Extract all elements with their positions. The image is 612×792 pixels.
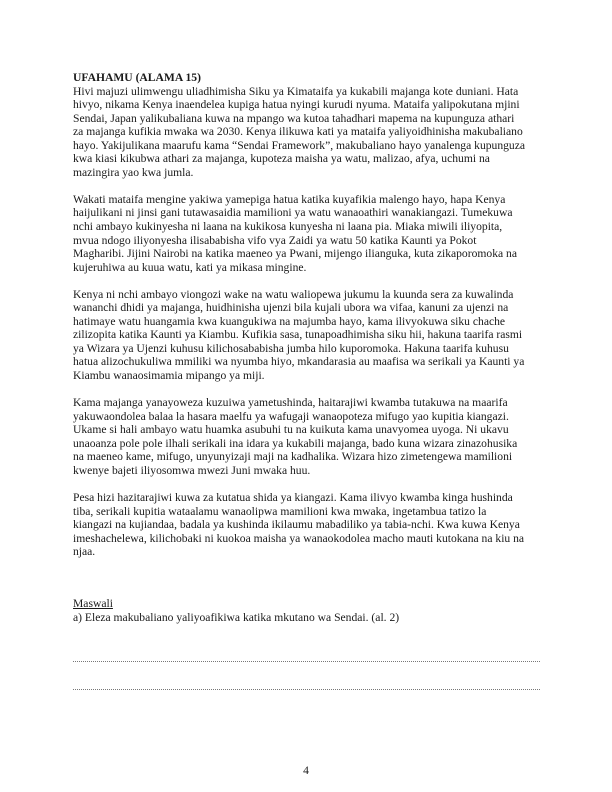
- text-line: njaa.: [73, 545, 543, 559]
- text-line: kwa kiasi kikubwa athari za majanga, kup…: [73, 152, 543, 166]
- text-line: za majanga kufikia mwaka wa 2030. Kenya …: [73, 125, 543, 139]
- text-line: hatua alizochukuliwa mmiliki wa nyumba h…: [73, 355, 543, 369]
- text-line: Ukame si hali ambayo watu huamka asubuhi…: [73, 423, 543, 437]
- text-line: nchi ambayo kukinyesha ni laana na kukik…: [73, 220, 543, 234]
- answer-line-1[interactable]: [73, 661, 540, 662]
- text-line: mvua ndogo iliyonyesha ilisababisha vifo…: [73, 234, 543, 248]
- text-line: na maeneo kame, mifugo, unyunyizaji maji…: [73, 450, 543, 464]
- text-line: zilizopita katika Kaunti ya Kiambu. Kufi…: [73, 328, 543, 342]
- questions-section: Maswali a) Eleza makubaliano yaliyoafiki…: [73, 597, 543, 624]
- paragraph-1: Hivi majuzi ulimwengu uliadhimisha Siku …: [73, 85, 543, 180]
- text-line: imeshachelewa, kilichobaki ni kuokoa mai…: [73, 532, 543, 546]
- text-line: kujeruhiwa au kuua watu, kati ya mikasa …: [73, 261, 543, 275]
- questions-heading: Maswali: [73, 597, 543, 611]
- text-line: yakuwaondolea balaa la hasara maelfu ya …: [73, 410, 543, 424]
- text-line: kiangazi na kujiandaa, badala ya kushind…: [73, 518, 543, 532]
- text-line: Kiambu wanaosimamia mipango ya miji.: [73, 369, 543, 383]
- text-line: wananchi dhidi ya majanga, huidhinisha u…: [73, 301, 543, 315]
- text-line: hivyo, nikama Kenya inaendelea kupiga ha…: [73, 98, 543, 112]
- text-line: ya Wizara ya Ujenzi kuhusu kilichosababi…: [73, 342, 543, 356]
- text-line: haijulikani ni jinsi gani tutawasaidia m…: [73, 206, 543, 220]
- question-a: a) Eleza makubaliano yaliyoafikiwa katik…: [73, 611, 543, 625]
- text-line: Hivi majuzi ulimwengu uliadhimisha Siku …: [73, 85, 543, 99]
- paragraph-4: Kama majanga yanayoweza kuzuiwa yametush…: [73, 396, 543, 477]
- text-line: Kama majanga yanayoweza kuzuiwa yametush…: [73, 396, 543, 410]
- text-line: Wakati mataifa mengine yakiwa yamepiga h…: [73, 193, 543, 207]
- paragraph-3: Kenya ni nchi ambayo viongozi wake na wa…: [73, 288, 543, 383]
- section-title: UFAHAMU (ALAMA 15): [73, 71, 543, 85]
- text-line: unaoanza pole pole ilhali serikali ina i…: [73, 437, 543, 451]
- text-line: kwenye bajeti iliyosomwa mwezi Juni mwak…: [73, 464, 543, 478]
- text-line: Sendai, Japan yalikubaliana kuwa na mpan…: [73, 112, 543, 126]
- text-line: mazingira yao kwa jumla.: [73, 166, 543, 180]
- text-line: tiba, serikali kupitia wataalamu wanaoli…: [73, 505, 543, 519]
- text-line: hayo. Yakijulikana maarufu kama “Sendai …: [73, 139, 543, 153]
- paragraph-5: Pesa hizi hazitarajiwi kuwa za kutatua s…: [73, 491, 543, 559]
- paragraph-2: Wakati mataifa mengine yakiwa yamepiga h…: [73, 193, 543, 274]
- comprehension-passage: UFAHAMU (ALAMA 15) Hivi majuzi ulimwengu…: [73, 71, 543, 572]
- text-line: Magharibi. Jijini Nairobi na katika maen…: [73, 247, 543, 261]
- text-line: Pesa hizi hazitarajiwi kuwa za kutatua s…: [73, 491, 543, 505]
- text-line: hatimaye watu huangamia kwa kuangukiwa n…: [73, 315, 543, 329]
- page-number: 4: [0, 764, 612, 777]
- text-line: Kenya ni nchi ambayo viongozi wake na wa…: [73, 288, 543, 302]
- answer-line-2[interactable]: [73, 689, 540, 690]
